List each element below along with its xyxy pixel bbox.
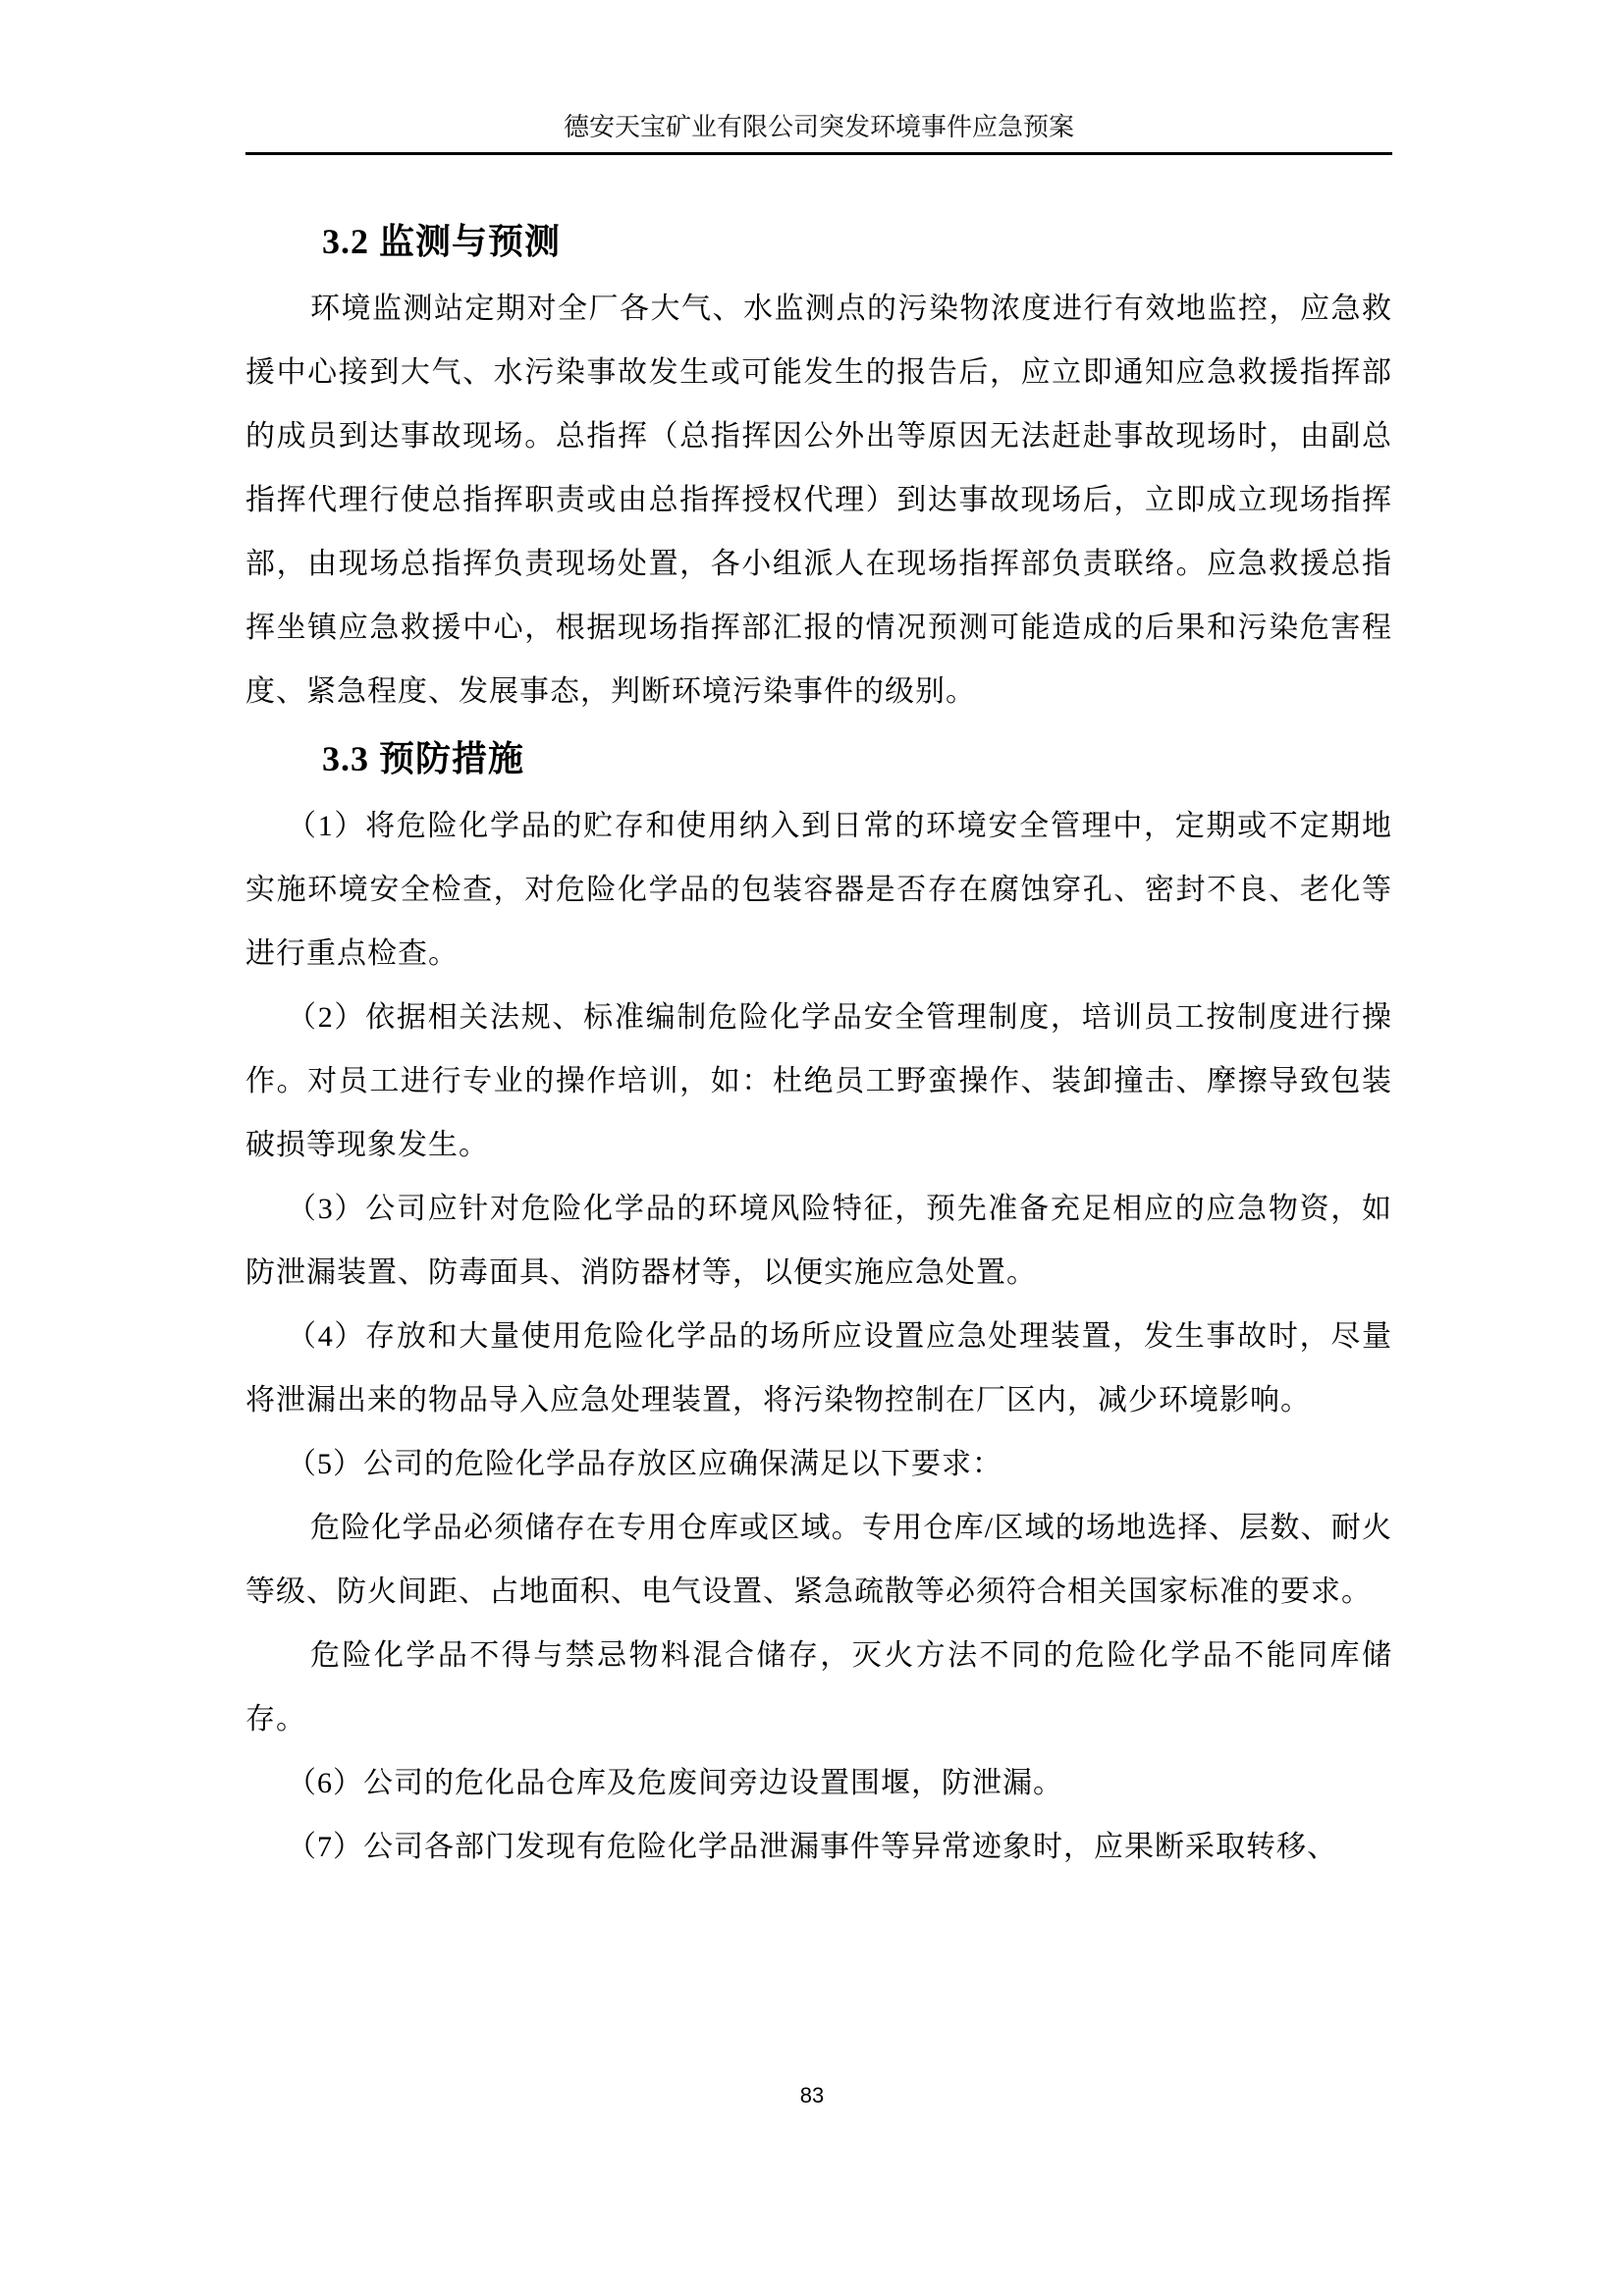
measure-item-1: （1）将危险化学品的贮存和使用纳入到日常的环境安全管理中，定期或不定期地实施环境… (245, 794, 1392, 986)
measure-item-7: （7）公司各部门发现有危险化学品泄漏事件等异常迹象时，应果断采取转移、 (245, 1815, 1392, 1879)
section-heading-3-3: 3.3 预防措施 (245, 723, 1392, 794)
measure-item-5-requirement-1: 危险化学品必须储存在专用仓库或区域。专用仓库/区域的场地选择、层数、耐火等级、防… (245, 1496, 1392, 1624)
measure-item-4: （4）存放和大量使用危险化学品的场所应设置应急处理装置，发生事故时，尽量将泄漏出… (245, 1305, 1392, 1432)
header-divider (245, 152, 1392, 155)
measure-item-5: （5）公司的危险化学品存放区应确保满足以下要求： (245, 1432, 1392, 1496)
measure-item-3: （3）公司应针对危险化学品的环境风险特征，预先准备充足相应的应急物资，如防泄漏装… (245, 1177, 1392, 1305)
page-body: 3.2 监测与预测 环境监测站定期对全厂各大气、水监测点的污染物浓度进行有效地监… (245, 206, 1392, 1879)
running-header: 德安天宝矿业有限公司突发环境事件应急预案 (245, 110, 1392, 145)
section-3-2-paragraph: 环境监测站定期对全厂各大气、水监测点的污染物浓度进行有效地监控，应急救援中心接到… (245, 277, 1392, 723)
measure-item-2: （2）依据相关法规、标准编制危险化学品安全管理制度，培训员工按制度进行操作。对员… (245, 986, 1392, 1177)
measure-item-6: （6）公司的危化品仓库及危废间旁边设置围堰，防泄漏。 (245, 1751, 1392, 1815)
measure-item-5-requirement-2: 危险化学品不得与禁忌物料混合储存，灭火方法不同的危险化学品不能同库储存。 (245, 1624, 1392, 1751)
page-number: 83 (0, 2081, 1624, 2110)
section-heading-3-2: 3.2 监测与预测 (245, 206, 1392, 277)
